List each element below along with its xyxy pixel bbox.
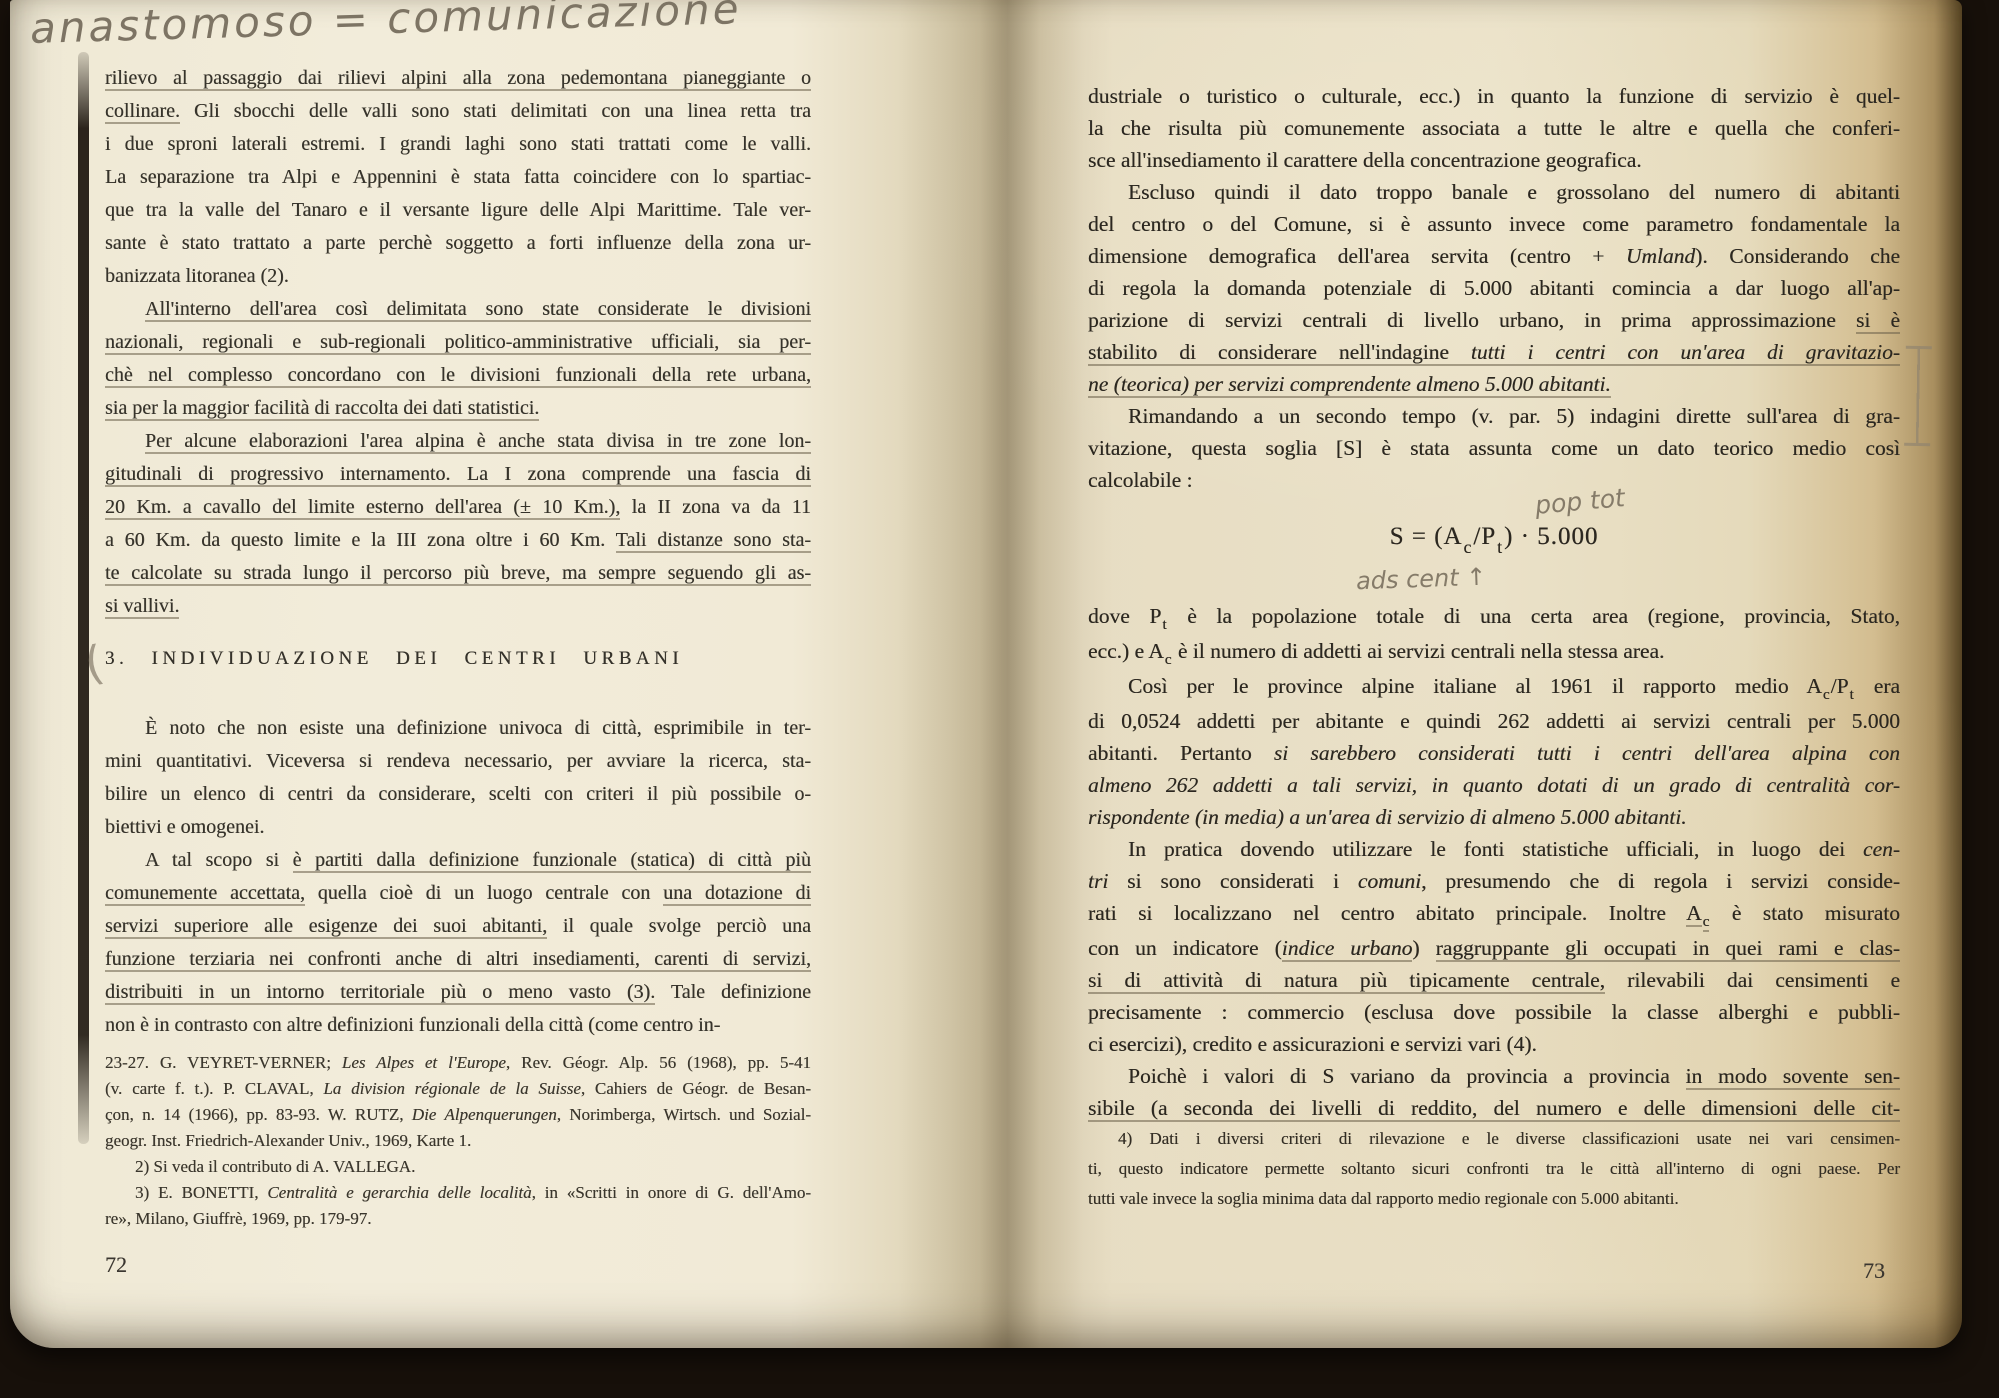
text-line: nazionali, regionali e sub-regionali pol… — [105, 326, 811, 359]
text-segment: te calcolate su strada lungo il percorso… — [105, 562, 811, 586]
right-page-lower-text: dove Pt è la popolazione totale di una c… — [1088, 600, 1900, 1124]
text-segment: comunemente accettata, — [105, 882, 305, 906]
text-line: di 0,0524 addetti per abitante e quindi … — [1088, 705, 1900, 737]
text-line: re», Milano, Giuffrè, 1969, pp. 179-97. — [105, 1206, 811, 1232]
text-line: sibile (a seconda dei livelli di reddito… — [1088, 1092, 1900, 1124]
text-segment: Les Alpes et l'Europe — [342, 1053, 506, 1072]
book-edge-shadow — [78, 52, 89, 1144]
text-line: ti, questo indicatore permette soltanto … — [1088, 1154, 1900, 1184]
text-segment: t — [1162, 617, 1166, 633]
text-segment: funzione terziaria nei confronti anche d… — [105, 948, 811, 972]
text-line: sia per la maggior facilità di raccolta … — [105, 392, 811, 425]
text-segment: nazionali, regionali e sub-regionali pol… — [105, 331, 811, 355]
text-line: collinare. Gli sbocchi delle valli sono … — [105, 95, 811, 128]
left-page-upper-text: rilievo al passaggio dai rilievi alpini … — [105, 62, 811, 623]
text-segment: si è — [1856, 308, 1900, 334]
text-line: non è in contrasto con altre definizioni… — [105, 1009, 811, 1042]
text-line: ci esercizi), credito e assicurazioni e … — [1088, 1028, 1900, 1060]
text-line: sante è stato trattato a parte perchè so… — [105, 227, 811, 260]
text-segment: Per alcune elaborazioni l'area alpina è … — [145, 430, 811, 454]
section-heading: 3. INDIVIDUAZIONE DEI CENTRI URBANI — [105, 648, 811, 670]
left-page-footnotes: 23-27. G. VEYRET-VERNER; Les Alpes et l'… — [105, 1050, 811, 1232]
text-segment: c — [1703, 914, 1710, 932]
text-line: precisamente : commercio (esclusa dove p… — [1088, 996, 1900, 1028]
text-segment: distribuiti in un intorno territoriale p… — [105, 981, 655, 1005]
handwritten-note-formula-bottom: ads cent ↑ — [1356, 563, 1487, 596]
text-line: con un indicatore (indice urbano) raggru… — [1088, 932, 1900, 964]
text-segment: almeno 262 addetti a tali servizi, in qu… — [1088, 773, 1900, 797]
text-line: çon, n. 14 (1966), pp. 83-93. W. RUTZ, D… — [105, 1102, 811, 1128]
text-segment: c — [1165, 652, 1172, 668]
text-segment: c — [1823, 687, 1830, 703]
text-line: All'interno dell'area così delimitata so… — [105, 293, 811, 326]
text-segment: cen- — [1863, 837, 1900, 861]
text-line: comunemente accettata, quella cioè di un… — [105, 877, 811, 910]
text-line: di regola la domanda potenziale di 5.000… — [1088, 272, 1900, 304]
text-line: dustriale o turistico o culturale, ecc.)… — [1088, 80, 1900, 112]
text-segment: si vallivi. — [105, 595, 179, 619]
text-line: que tra la valle del Tanaro e il versant… — [105, 194, 811, 227]
text-line: A tal scopo si è partiti dalla definizio… — [105, 844, 811, 877]
text-line: del centro o del Comune, si è assunto in… — [1088, 208, 1900, 240]
text-line: (v. carte f. t.). P. CLAVAL, La division… — [105, 1076, 811, 1102]
text-line: servizi superiore alle esigenze dei suoi… — [105, 910, 811, 943]
text-line: banizzata litoranea (2). — [105, 260, 811, 293]
text-segment: All'interno dell'area così delimitata so… — [145, 298, 811, 322]
text-segment: stabilito di considerare nell'indagine — [1088, 340, 1471, 366]
text-line: Così per le province alpine italiane al … — [1088, 670, 1900, 705]
formula-block: S = (Ac/Pt) · 5.000 pop tot ads cent ↑ — [1088, 515, 1900, 575]
text-segment: Umland — [1626, 244, 1695, 268]
text-segment: 20 Km. a cavallo del limite esterno dell… — [105, 496, 620, 520]
text-segment: indice urbano — [1282, 936, 1413, 962]
text-segment: una dotazione di — [663, 882, 811, 906]
text-line: dove Pt è la popolazione totale di una c… — [1088, 600, 1900, 635]
text-line: bilire un elenco di centri da considerar… — [105, 778, 811, 811]
right-page-footnotes: 4) Dati i diversi criteri di rilevazione… — [1088, 1124, 1900, 1214]
text-line: tri si sono considerati i comuni, presum… — [1088, 865, 1900, 897]
text-line: ne (teorica) per servizi comprendente al… — [1088, 368, 1900, 400]
text-line: rispondente (in media) a un'area di serv… — [1088, 801, 1900, 833]
text-segment: t — [1850, 687, 1854, 703]
text-segment: in modo sovente sen- — [1686, 1064, 1900, 1090]
text-segment: è partiti dalla definizione funzionale (… — [293, 849, 811, 873]
text-line: Rimandando a un secondo tempo (v. par. 5… — [1088, 400, 1900, 432]
page-gutter-shadow — [898, 0, 1113, 1348]
page-number-left: 72 — [105, 1252, 127, 1278]
text-segment: si di attività di natura più tipicamente… — [1088, 968, 1605, 994]
text-segment: tutti i centri con un'area di gravitazio… — [1471, 340, 1900, 366]
left-page-lower-text: È noto che non esiste una definizione un… — [105, 712, 811, 1042]
text-segment: t — [1497, 537, 1503, 557]
text-line: rati si localizzano nel centro abitato p… — [1088, 897, 1900, 932]
text-line: abitanti. Pertanto si sarebbero consider… — [1088, 737, 1900, 769]
text-line: 3) E. BONETTI, Centralità e gerarchia de… — [105, 1180, 811, 1206]
text-line: si di attività di natura più tipicamente… — [1088, 964, 1900, 996]
text-line: si vallivi. — [105, 590, 811, 623]
text-line: 20 Km. a cavallo del limite esterno dell… — [105, 491, 811, 524]
text-line: gitudinali di progressivo internamento. … — [105, 458, 811, 491]
scanned-book-spread: anastomoso = comunicazione rilievo al pa… — [0, 0, 1999, 1398]
text-segment: La division régionale de la Suisse — [323, 1079, 581, 1098]
text-line: te calcolate su strada lungo il percorso… — [105, 557, 811, 590]
text-segment: ne (teorica) per servizi comprendente al… — [1088, 372, 1611, 398]
text-line: ecc.) e Ac è il numero di addetti ai ser… — [1088, 635, 1900, 670]
text-line: 23-27. G. VEYRET-VERNER; Les Alpes et l'… — [105, 1050, 811, 1076]
text-segment: tri — [1088, 869, 1108, 893]
text-line: funzione terziaria nei confronti anche d… — [105, 943, 811, 976]
text-line: tutti vale invece la soglia minima data … — [1088, 1184, 1900, 1214]
text-line: a 60 Km. da questo limite e la III zona … — [105, 524, 811, 557]
text-line: Poichè i valori di S variano da provinci… — [1088, 1060, 1900, 1092]
text-segment: rispondente (in media) a un'area di serv… — [1088, 805, 1687, 829]
text-line: Escluso quindi il dato troppo banale e g… — [1088, 176, 1900, 208]
text-line: parizione di servizi centrali di livello… — [1088, 304, 1900, 336]
text-segment: comuni — [1358, 869, 1421, 893]
text-line: vitazione, questa soglia [S] è stata ass… — [1088, 432, 1900, 464]
text-line: La separazione tra Alpi e Appennini è st… — [105, 161, 811, 194]
formula: S = (Ac/Pt) · 5.000 — [1088, 515, 1900, 560]
text-segment: gitudinali di progressivo internamento. … — [105, 463, 811, 487]
text-segment: collinare. — [105, 100, 180, 124]
section-heading-row: ( 3. INDIVIDUAZIONE DEI CENTRI URBANI — [105, 648, 811, 670]
text-line: sce all'insediamento il carattere della … — [1088, 144, 1900, 176]
text-line: rilievo al passaggio dai rilievi alpini … — [105, 62, 811, 95]
text-segment: c — [1463, 537, 1472, 557]
text-segment: Die Alpenquerungen — [412, 1105, 557, 1124]
text-segment: sibile (a seconda dei livelli di reddito… — [1088, 1096, 1900, 1122]
text-line: mini quantitativi. Viceversa si rendeva … — [105, 745, 811, 778]
text-segment: Tali distanze sono sta- — [616, 529, 811, 553]
text-line: dimensione demografica dell'area servita… — [1088, 240, 1900, 272]
text-line: Per alcune elaborazioni l'area alpina è … — [105, 425, 811, 458]
text-line: i due sproni laterali estremi. I grandi … — [105, 128, 811, 161]
right-page: dustriale o turistico o culturale, ecc.)… — [1088, 0, 1900, 1348]
text-line: stabilito di considerare nell'indagine t… — [1088, 336, 1900, 368]
text-segment: sia per la maggior facilità di raccolta … — [105, 397, 539, 421]
text-segment: chè nel complesso concordano con le divi… — [105, 364, 811, 388]
text-segment: servizi superiore alle esigenze dei suoi… — [105, 915, 547, 939]
pencil-margin-mark — [1904, 346, 1932, 446]
text-segment: Centralità e gerarchia delle località — [267, 1183, 531, 1202]
text-line: 2) Si veda il contributo di A. VALLEGA. — [105, 1154, 811, 1180]
book-pages: anastomoso = comunicazione rilievo al pa… — [10, 0, 1962, 1348]
right-page-upper-text: dustriale o turistico o culturale, ecc.)… — [1088, 80, 1900, 496]
text-segment: rilievo al passaggio dai rilievi alpini … — [105, 67, 811, 91]
text-line: calcolabile : — [1088, 464, 1900, 496]
text-segment: A — [1686, 901, 1702, 927]
text-line: 4) Dati i diversi criteri di rilevazione… — [1088, 1124, 1900, 1154]
text-line: almeno 262 addetti a tali servizi, in qu… — [1088, 769, 1900, 801]
text-segment: raggruppante gli occupati in quei rami e… — [1436, 936, 1900, 962]
text-line: chè nel complesso concordano con le divi… — [105, 359, 811, 392]
text-line: geogr. Inst. Friedrich-Alexander Univ., … — [105, 1128, 811, 1154]
text-line: È noto che non esiste una definizione un… — [105, 712, 811, 745]
text-line: In pratica dovendo utilizzare le fonti s… — [1088, 833, 1900, 865]
page-number-right: 73 — [1863, 1258, 1885, 1284]
text-line: biettivi e omogenei. — [105, 811, 811, 844]
text-segment: si sarebbero considerati tutti i centri … — [1274, 741, 1900, 765]
left-page: rilievo al passaggio dai rilievi alpini … — [105, 0, 811, 1348]
text-line: distribuiti in un intorno territoriale p… — [105, 976, 811, 1009]
text-line: la che risulta più comunemente associata… — [1088, 112, 1900, 144]
